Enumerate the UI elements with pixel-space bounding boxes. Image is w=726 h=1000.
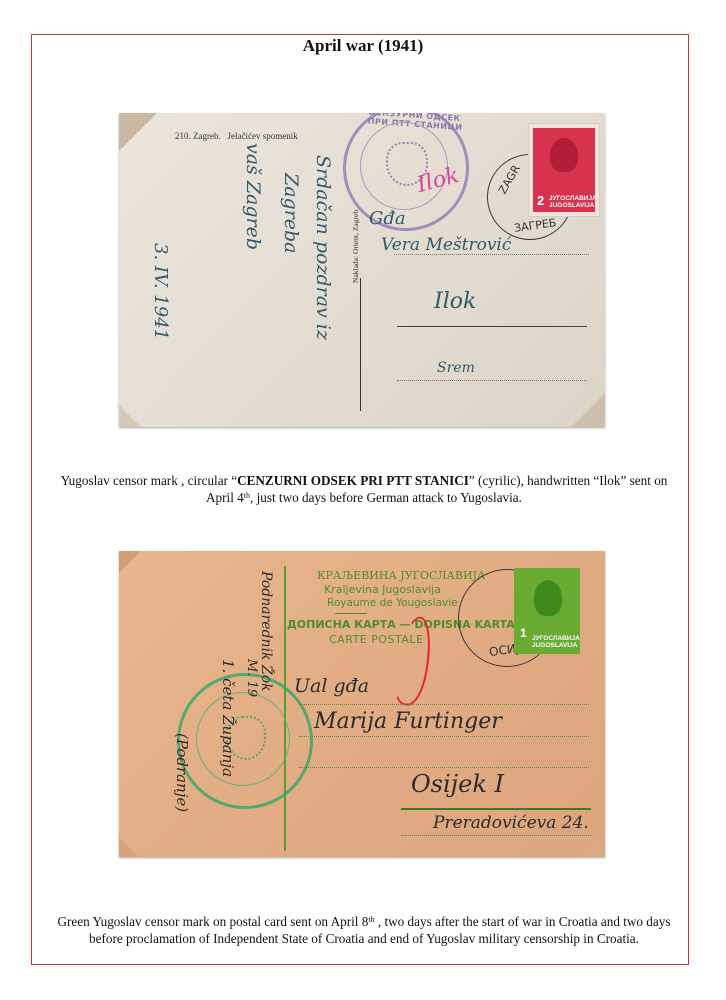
address-line — [397, 380, 587, 381]
ornament-rule — [335, 613, 367, 614]
handwritten-message-line: Zagreba — [280, 173, 302, 254]
caption-osijek: Green Yugoslav censor mark on postal car… — [40, 913, 688, 947]
address-line — [401, 835, 591, 836]
sender-line: 1. četa Županja — [219, 659, 237, 777]
handwritten-date: 3. IV. 1941 — [150, 243, 171, 340]
address-line — [299, 736, 589, 737]
address-district: Srem — [437, 360, 475, 376]
address-name: Marija Furtinger — [314, 709, 502, 734]
address-city: Ilok — [434, 289, 476, 314]
address-street: Preradovićeva 24. — [433, 813, 589, 833]
postmark-text: ЗАГРЕБ — [513, 216, 557, 235]
photo-corner — [581, 833, 605, 857]
censor-legend: ЦЕНЗУРНИ ОДСЕК ПРИ ПТТ СТАНИЦИ — [367, 113, 466, 132]
address-line — [299, 704, 589, 705]
photo-corner — [119, 551, 141, 573]
address-salutation: Ual gđa — [294, 675, 369, 697]
postcard-ilok: 210. Zagreb. Jelačićev spomenik Naklada:… — [119, 113, 605, 427]
publisher-imprint: Naklada: Orient, Zagreb — [351, 210, 360, 283]
address-name: Vera Meštrović — [381, 235, 511, 255]
address-line — [299, 767, 589, 768]
address-salutation: Gđa — [369, 208, 406, 229]
handwritten-message-line: vaš Zagreb — [242, 143, 264, 250]
stamp-country: ЈУГОСЛАВИЈАJUGOSLAVIJA — [549, 195, 597, 209]
address-line — [397, 326, 587, 327]
address-line — [394, 254, 589, 255]
postage-stamp: 2 ЈУГОСЛАВИЈАJUGOSLAVIJA — [529, 124, 599, 216]
sender-line: (Podranje) — [173, 733, 191, 812]
postage-stamp-imprinted: 1 ЈУГОСЛАВИЈАJUGOSLAVIJA — [514, 568, 580, 654]
stamp-country: ЈУГОСЛАВИЈАJUGOSLAVIJA — [532, 635, 580, 649]
printed-caption: 210. Zagreb. Jelačićev spomenik — [175, 131, 298, 141]
sender-line: Podnarednik Žok — [258, 571, 274, 692]
page-title: April war (1941) — [0, 36, 726, 56]
photo-corner — [119, 113, 157, 151]
sender-line: M. 19 — [244, 659, 259, 697]
address-city: Osijek I — [411, 770, 504, 798]
card-divider — [360, 278, 361, 411]
postmark-text: ZAGR — [496, 163, 523, 196]
postal-card-osijek: КРАЉЕВИНА ЈУГОСЛАВИЈА Kraljevina Jugosla… — [119, 551, 605, 857]
stamp-value: 1 — [520, 626, 527, 640]
king-portrait-icon — [534, 580, 562, 616]
photo-corner — [119, 405, 141, 427]
handwritten-message-line: Srdačan pozdrav iz — [312, 155, 334, 340]
photo-corner — [571, 393, 605, 427]
address-line — [401, 808, 591, 810]
caption-ilok: Yugoslav censor mark , circular “CENZURN… — [40, 472, 688, 506]
king-portrait-icon — [550, 138, 578, 172]
photo-corner — [119, 837, 139, 857]
stamp-value: 2 — [537, 193, 544, 208]
